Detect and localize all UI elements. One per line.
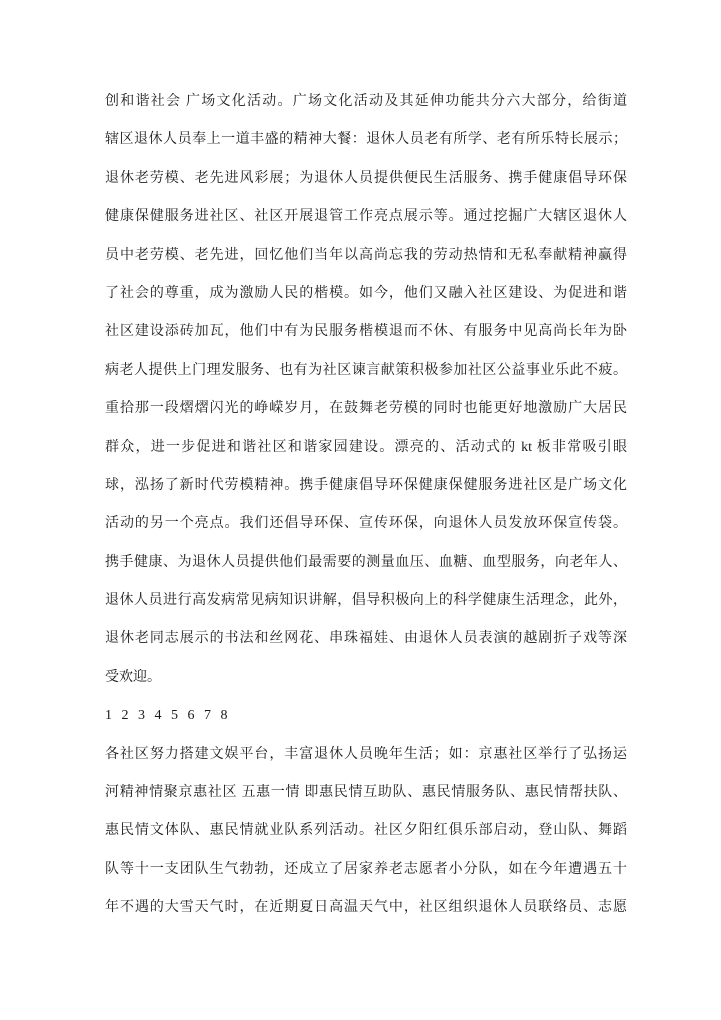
text-line: 球，泓扬了新时代劳模精神。携手健康倡导环保健康保健服务进社区是广场文化: [105, 467, 627, 505]
number-sequence-line: 1 2 3 4 5 6 7 8: [105, 697, 627, 735]
text-line: 辖区退休人员奉上一道丰盛的精神大餐：退休人员老有所学、老有所乐特长展示；: [105, 121, 627, 159]
text-line: 退休人员进行高发病常见病知识讲解，倡导积极向上的科学健康生活理念，此外，: [105, 582, 627, 620]
text-line: 病老人提供上门理发服务、也有为社区谏言献策积极参加社区公益事业乐此不疲。: [105, 352, 627, 390]
text-line: 社区建设添砖加瓦，他们中有为民服务楷模退而不休、有服务中见高尚长年为卧: [105, 313, 627, 351]
text-line: 活动的另一个亮点。我们还倡导环保、宣传环保，向退休人员发放环保宣传袋。: [105, 505, 627, 543]
text-line: 惠民情文体队、惠民情就业队系列活动。社区夕阳红俱乐部启动，登山队、舞蹈: [105, 812, 627, 850]
text-line: 重拾那一段熠熠闪光的峥嵘岁月，在鼓舞老劳模的同时也能更好地激励广大居民: [105, 390, 627, 428]
text-line: 退休老劳模、老先进风彩展；为退休人员提供便民生活服务、携手健康倡导环保: [105, 160, 627, 198]
text-line: 创和谐社会 广场文化活动。广场文化活动及其延伸功能共分六大部分，给街道: [105, 83, 627, 121]
text-line: 了社会的尊重，成为激励人民的楷模。如今，他们又融入社区建设、为促进和谐: [105, 275, 627, 313]
document-page: 创和谐社会 广场文化活动。广场文化活动及其延伸功能共分六大部分，给街道 辖区退休…: [0, 0, 721, 1020]
text-line: 各社区努力搭建文娱平台，丰富退休人员晚年生活；如：京惠社区举行了弘扬运: [105, 736, 627, 774]
text-line: 员中老劳模、老先进，回忆他们当年以高尚忘我的劳动热情和无私奉献精神赢得: [105, 237, 627, 275]
text-line: 群众，进一步促进和谐社区和谐家园建设。漂亮的、活动式的 kt 板非常吸引眼: [105, 429, 627, 467]
text-line: 队等十一支团队生气勃勃，还成立了居家养老志愿者小分队，如在今年遭遇五十: [105, 851, 627, 889]
text-line: 健康保健服务进社区、社区开展退管工作亮点展示等。通过挖掘广大辖区退休人: [105, 198, 627, 236]
text-line: 携手健康、为退休人员提供他们最需要的测量血压、血糖、血型服务，向老年人、: [105, 544, 627, 582]
text-line: 河精神情聚京惠社区 五惠一情 即惠民情互助队、惠民情服务队、惠民情帮扶队、: [105, 774, 627, 812]
paragraph-end-line: 受欢迎。: [105, 659, 627, 697]
text-line: 年不遇的大雪天气时，在近期夏日高温天气中，社区组织退休人员联络员、志愿: [105, 889, 627, 927]
text-line: 退休老同志展示的书法和丝网花、串珠福娃、由退休人员表演的越剧折子戏等深: [105, 620, 627, 658]
